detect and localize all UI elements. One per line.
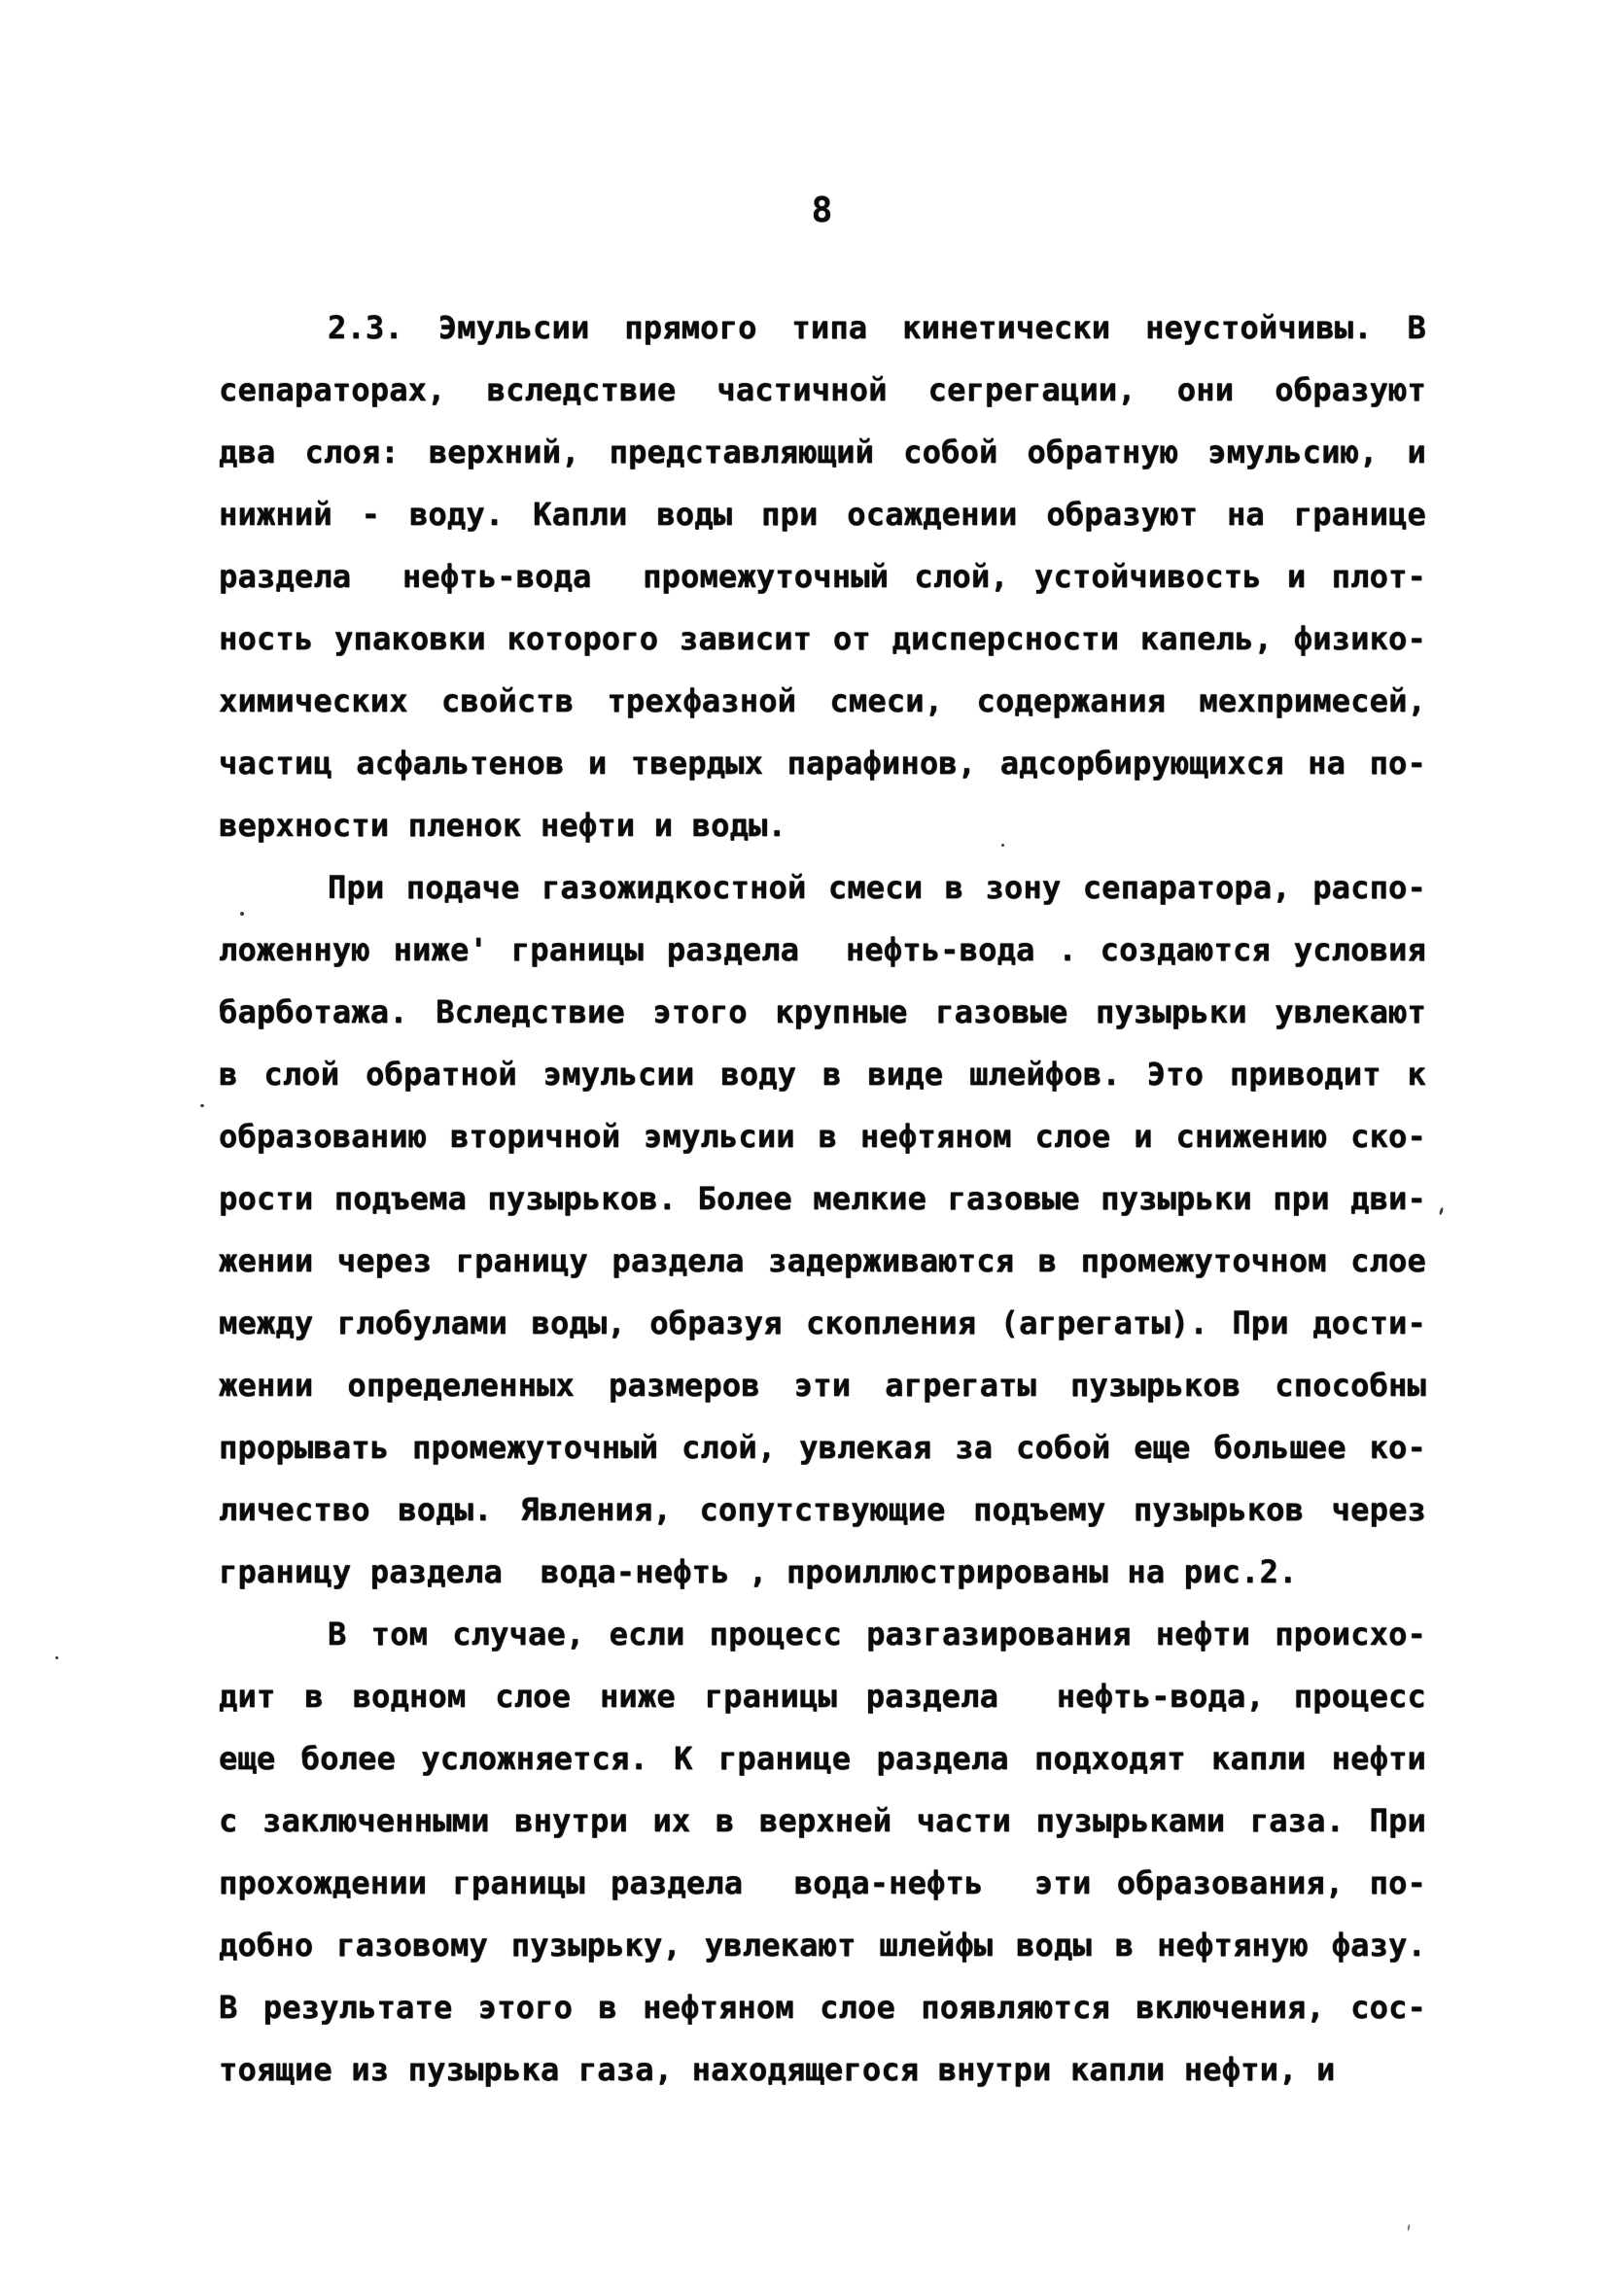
text-line: добно газовому пузырьку, увлекают шлейфы… — [219, 1914, 1426, 1976]
text-line: образованию вторичной эмульсии в нефтяно… — [219, 1105, 1426, 1167]
scan-speck — [1407, 2224, 1410, 2231]
text-line: между глобулами воды, образуя скопления … — [219, 1292, 1426, 1354]
document-body: 2.3. Эмульсии прямого типа кинетически н… — [219, 296, 1426, 2101]
scan-speck — [240, 912, 244, 916]
scan-speck — [55, 1656, 58, 1659]
text-line: ность упаковки которого зависит от диспе… — [219, 608, 1426, 670]
text-line: В том случае, если процесс разгазировани… — [219, 1603, 1426, 1665]
text-line: личество воды. Явления, сопутствующие по… — [219, 1478, 1426, 1541]
paragraph-gas-liquid-feed: При подаче газожидкостной смеси в зону с… — [219, 856, 1426, 1603]
scan-speck — [1001, 844, 1004, 847]
text-line: в слой обратной эмульсии воду в виде шле… — [219, 1043, 1426, 1105]
text-line: ложенную ниже' границы раздела нефть-вод… — [219, 919, 1426, 981]
text-line: химических свойств трехфазной смеси, сод… — [219, 670, 1426, 732]
text-line: тоящие из пузырька газа, находящегося вн… — [219, 2038, 1426, 2101]
scanned-document-page: 8 2.3. Эмульсии прямого типа кинетически… — [0, 0, 1608, 2296]
text-line: два слоя: верхний, представляющий собой … — [219, 421, 1426, 483]
scan-speck — [200, 1104, 204, 1107]
text-line: раздела нефть-вода промежуточный слой, у… — [219, 545, 1426, 608]
text-line: дит в водном слое ниже границы раздела н… — [219, 1665, 1426, 1727]
paragraph-degassing-process: В том случае, если процесс разгазировани… — [219, 1603, 1426, 2101]
text-line: верхности пленок нефти и воды. — [219, 794, 1426, 856]
text-line: барботажа. Вследствие этого крупные газо… — [219, 981, 1426, 1043]
text-line: границу раздела вода-нефть , проиллюстри… — [219, 1541, 1426, 1603]
text-line: прорывать промежуточный слой, увлекая за… — [219, 1416, 1426, 1478]
text-line: 2.3. Эмульсии прямого типа кинетически н… — [219, 296, 1426, 359]
paragraph-emulsions-intro: 2.3. Эмульсии прямого типа кинетически н… — [219, 296, 1426, 856]
text-line: с заключенными внутри их в верхней части… — [219, 1790, 1426, 1852]
scan-speck — [1439, 1207, 1444, 1216]
text-line: нижний - воду. Капли воды при осаждении … — [219, 483, 1426, 545]
text-line: сепараторах, вследствие частичной сегрег… — [219, 359, 1426, 421]
text-line: В результате этого в нефтяном слое появл… — [219, 1976, 1426, 2038]
page-number: 8 — [219, 191, 1426, 230]
text-line: прохождении границы раздела вода-нефть э… — [219, 1852, 1426, 1914]
text-line: жении определенных размеров эти агрегаты… — [219, 1354, 1426, 1416]
text-line: еще более усложняется. К границе раздела… — [219, 1727, 1426, 1790]
text-line: При подаче газожидкостной смеси в зону с… — [219, 856, 1426, 919]
text-line: рости подъема пузырьков. Более мелкие га… — [219, 1167, 1426, 1230]
text-line: частиц асфальтенов и твердых парафинов, … — [219, 732, 1426, 794]
text-line: жении через границу раздела задерживаютс… — [219, 1230, 1426, 1292]
